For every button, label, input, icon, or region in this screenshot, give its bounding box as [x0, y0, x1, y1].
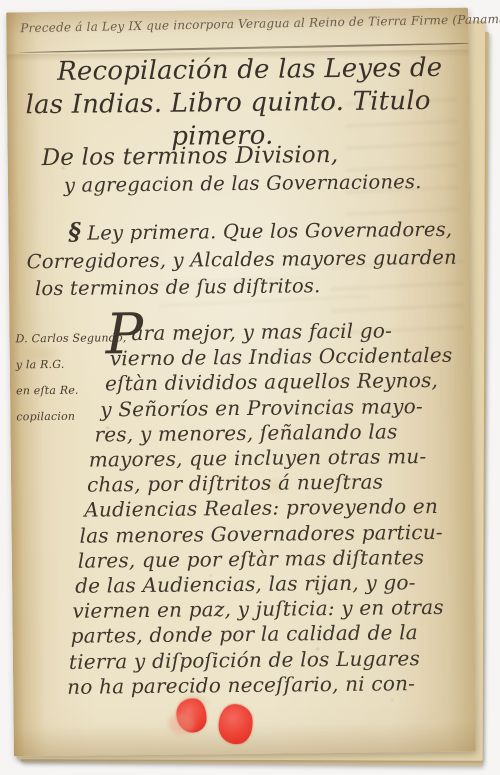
body-line: mayores, que incluyen otras mu-	[11, 444, 473, 474]
wax-seal-spot-right	[218, 704, 252, 744]
photo-background: Precede á la Ley IX que incorpora Veragu…	[0, 0, 500, 775]
pencil-annotation: Precede á la Ley IX que incorpora Veragu…	[20, 13, 466, 36]
law-heading-line: §Ley primera. Que los Governadores,	[8, 214, 470, 248]
section-subtitle: De los terminos Division, y agregacion d…	[7, 140, 470, 201]
drop-cap-initial: P	[105, 307, 143, 363]
section-mark: §	[68, 217, 87, 246]
body-line-text: ara mejor, y mas facil go-	[131, 318, 392, 345]
subtitle-line: y agregacion de las Governaciones.	[8, 168, 470, 201]
body-paragraph: Para mejor, y mas facil go- vierno de la…	[9, 318, 475, 701]
title-line: las Indias. Libro quinto. Titulo	[0, 85, 459, 123]
law-heading: §Ley primera. Que los Governadores, Corr…	[8, 214, 471, 303]
manuscript-page: Precede á la Ley IX que incorpora Veragu…	[6, 8, 476, 757]
pencil-annotation-text: Precede á la Ley IX que incorpora Veragu…	[20, 12, 500, 35]
law-heading-line: Corregidores, y Alcaldes mayores guarden	[9, 243, 471, 275]
body-line: no ha parecido neceſſario, ni con-	[13, 670, 475, 700]
body-line: y Señoríos en Provincias mayo-	[10, 393, 472, 423]
title-line: Recopilación de las Leyes de	[19, 51, 481, 89]
wax-seal-spot-left	[176, 698, 206, 732]
law-heading-text: Ley primera. Que los Governadores,	[87, 218, 452, 245]
law-heading-line: los terminos de ſus diſtritos.	[9, 271, 471, 303]
